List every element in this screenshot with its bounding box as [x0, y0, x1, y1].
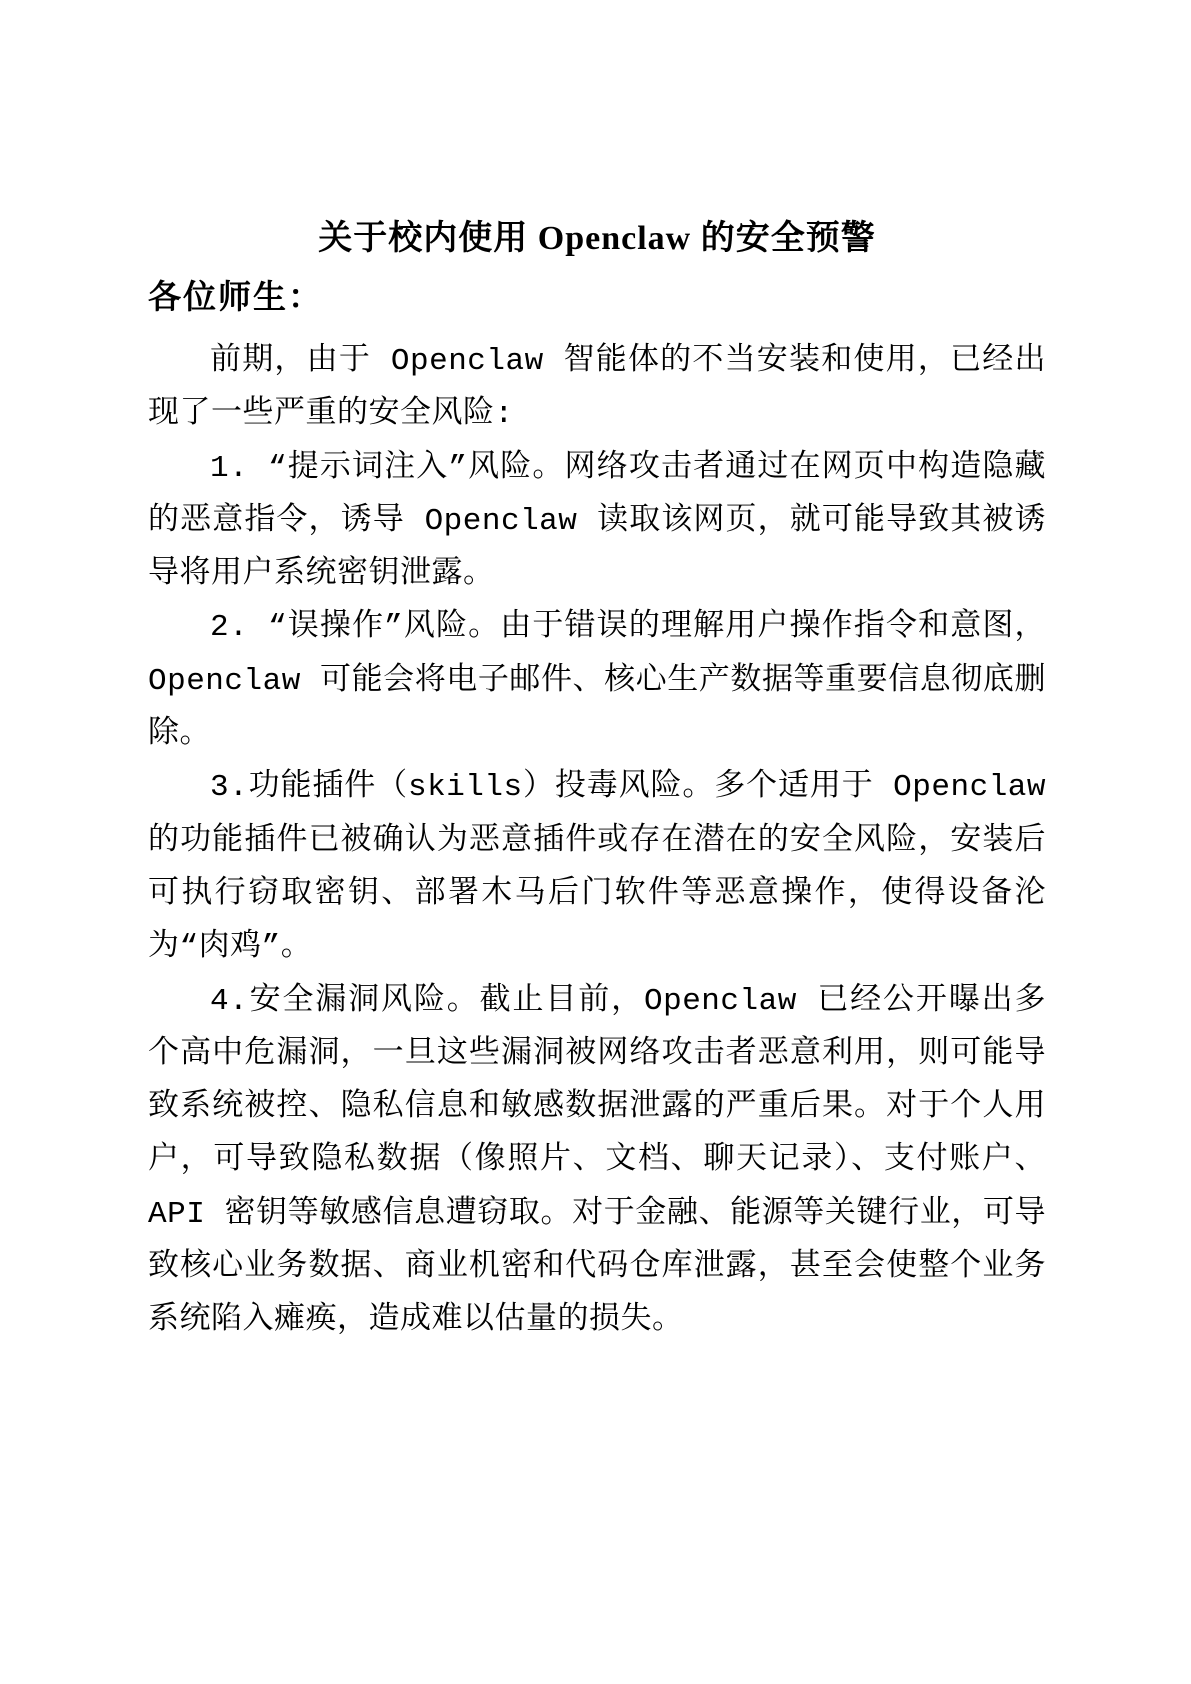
document-page: 关于校内使用 Openclaw 的安全预警 各位师生： 前期，由于 Opencl… — [0, 0, 1191, 1684]
document-content: 关于校内使用 Openclaw 的安全预警 各位师生： 前期，由于 Opencl… — [148, 218, 1046, 1348]
paragraph-risk-1-prompt-injection: 1. “提示词注入”风险。网络攻击者通过在网页中构造隐藏的恶意指令，诱导 Ope… — [148, 442, 1046, 602]
document-body: 前期，由于 Openclaw 智能体的不当安装和使用，已经出现了一些严重的安全风… — [148, 335, 1046, 1348]
paragraph-risk-4-vulnerabilities: 4.安全漏洞风险。截止目前，Openclaw 已经公开曝出多个高中危漏洞，一旦这… — [148, 975, 1046, 1348]
paragraph-risk-2-misoperation: 2. “误操作”风险。由于错误的理解用户操作指令和意图，Openclaw 可能会… — [148, 601, 1046, 761]
document-title: 关于校内使用 Openclaw 的安全预警 — [148, 218, 1046, 260]
paragraph-risk-3-skills-poisoning: 3.功能插件（skills）投毒风险。多个适用于 Openclaw 的功能插件已… — [148, 761, 1046, 974]
salutation: 各位师生： — [148, 275, 1046, 321]
paragraph-intro: 前期，由于 Openclaw 智能体的不当安装和使用，已经出现了一些严重的安全风… — [148, 335, 1046, 442]
